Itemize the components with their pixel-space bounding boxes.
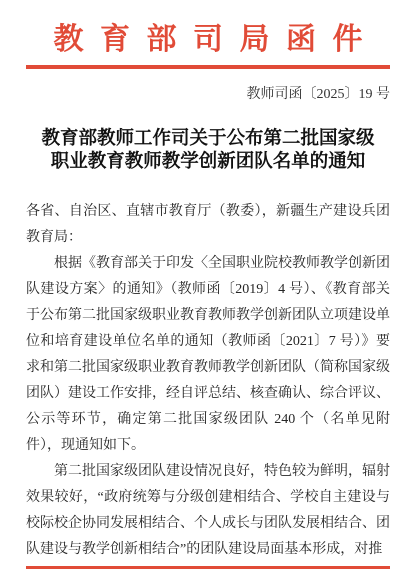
letterhead-double-rule: [26, 65, 390, 69]
body-paragraph-2: 第二批国家级团队建设情况良好，特色较为鲜明，辐射效果较好，“政府统筹与分级创建相…: [26, 459, 390, 563]
document-number: 教师司函〔2025〕19 号: [26, 86, 390, 103]
footer-double-rule: [26, 566, 390, 569]
document-title-line-1: 教育部教师工作司关于公布第二批国家级: [26, 128, 390, 151]
document-title-line-2: 职业教育教师教学创新团队名单的通知: [26, 151, 390, 174]
official-document-page: 教育部司局函件 教师司函〔2025〕19 号 教育部教师工作司关于公布第二批国家…: [0, 0, 416, 587]
document-title: 教育部教师工作司关于公布第二批国家级 职业教育教师教学创新团队名单的通知: [26, 128, 390, 174]
body-paragraph-1: 根据《教育部关于印发〈全国职业院校教师教学创新团队建设方案〉的通知》（教师函〔2…: [26, 251, 390, 459]
document-body: 各省、自治区、直辖市教育厅（教委），新疆生产建设兵团教育局： 根据《教育部关于印…: [26, 199, 390, 563]
letterhead-title: 教育部司局函件: [26, 22, 407, 58]
salutation: 各省、自治区、直辖市教育厅（教委），新疆生产建设兵团教育局：: [26, 199, 390, 251]
